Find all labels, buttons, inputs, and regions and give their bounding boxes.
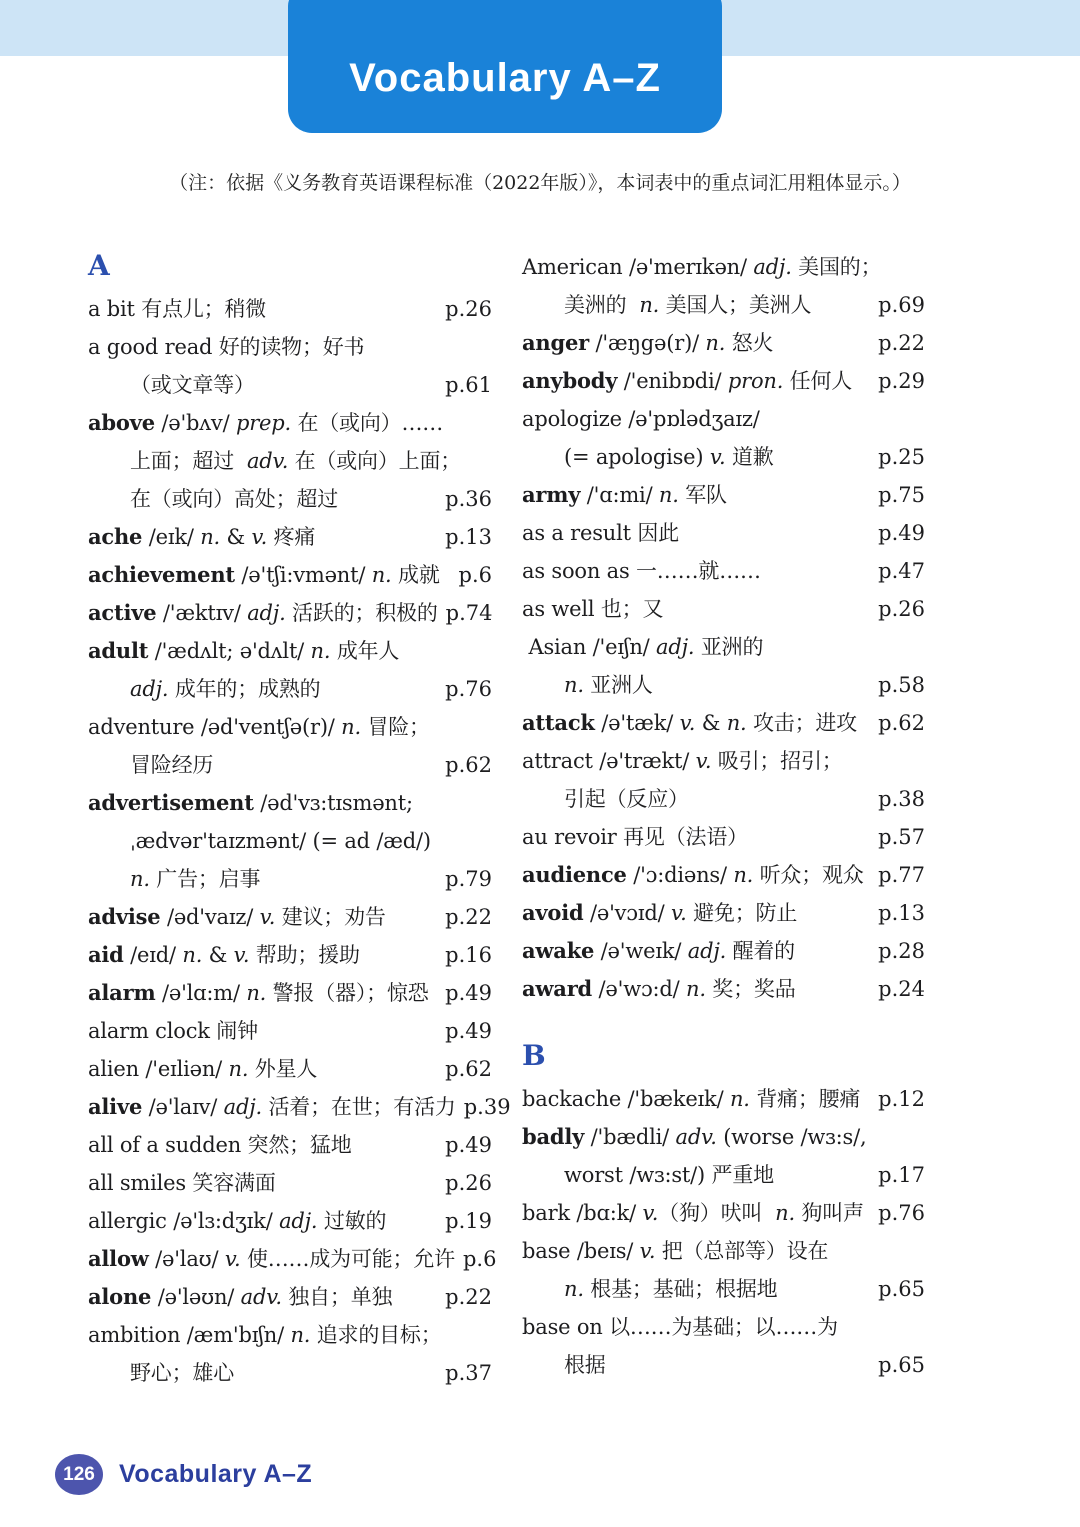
page-ref: p.26 [878,590,925,628]
vocab-line: army /'ɑ:mi/ n. 军队p.75 [522,476,925,514]
page-title: Vocabulary A–Z [288,56,722,101]
vocab-text: American /ə'merɪkən/ adj. 美国的； [522,248,881,286]
vocab-line: audience /'ɔ:diəns/ n. 听众；观众p.77 [522,856,925,894]
vocab-line: n. 广告；启事p.79 [88,860,492,898]
vocab-text: as soon as 一……就…… [522,552,761,590]
vocab-line: advertisement /əd'vɜ:tɪsmənt; [88,784,492,822]
page-ref: p.17 [878,1156,925,1194]
vocab-text: award /ə'wɔ:d/ n. 奖；奖品 [522,970,796,1008]
vocab-text: 美洲的 n. 美国人；美洲人 [564,286,811,324]
vocab-text: all of a sudden 突然；猛地 [88,1126,352,1164]
vocab-text: Asian /'eɪʃn/ adj. 亚洲的 [522,628,763,666]
vocab-text: attack /ə'tæk/ v. & n. 攻击；进攻 [522,704,857,742]
vocab-text: 野心；雄心 [130,1354,234,1392]
page-ref: p.58 [878,666,925,704]
section-heading: A [88,248,492,284]
vocab-line: award /ə'wɔ:d/ n. 奖；奖品p.24 [522,970,925,1008]
vocab-line: alarm /ə'lɑ:m/ n. 警报（器）；惊恐p.49 [88,974,492,1012]
vocab-line: avoid /ə'vɔɪd/ v. 避免；防止p.13 [522,894,925,932]
vocab-text: n. 亚洲人 [564,666,653,704]
page-ref: p.12 [878,1080,925,1118]
page-ref: p.79 [445,860,492,898]
page-ref: p.26 [445,1164,492,1202]
vocab-line: 引起（反应）p.38 [522,780,925,818]
page-ref: p.19 [445,1202,492,1240]
page-ref: p.69 [878,286,925,324]
page-ref: p.49 [445,1126,492,1164]
vocab-line: anger /'æŋgə(r)/ n. 怒火p.22 [522,324,925,362]
vocab-line: 冒险经历p.62 [88,746,492,784]
vocab-line: a bit 有点儿；稍微p.26 [88,290,492,328]
vocab-text: (= apologise) v. 道歉 [564,438,774,476]
vocab-line: base /beɪs/ v. 把（总部等）设在 [522,1232,925,1270]
vocab-text: audience /'ɔ:diəns/ n. 听众；观众 [522,856,864,894]
vocab-text: worst /wɜ:st/) 严重地 [564,1156,774,1194]
vocab-line: as a result 因此p.49 [522,514,925,552]
page-ref: p.22 [878,324,925,362]
page-ref: p.29 [878,362,925,400]
vocab-line: all smiles 笑容满面p.26 [88,1164,492,1202]
vocab-text: anybody /'enibɒdi/ pron. 任何人 [522,362,852,400]
vocab-text: ˌædvər'taɪzmənt/ (= ad /æd/) [130,822,431,860]
vocab-line: (= apologise) v. 道歉p.25 [522,438,925,476]
vocab-text: as a result 因此 [522,514,679,552]
vocab-line: as soon as 一……就……p.47 [522,552,925,590]
vocab-text: awake /ə'weɪk/ adj. 醒着的 [522,932,795,970]
vocab-text: 上面；超过 adv. 在（或向）上面； [130,442,461,480]
textbook-page: Vocabulary A–Z （注：依据《义务教育英语课程标准（2022年版）》… [0,0,1080,1527]
vocab-text: anger /'æŋgə(r)/ n. 怒火 [522,324,773,362]
page-number-badge: 126 [55,1454,103,1495]
vocab-text: bark /bɑ:k/ v.（狗）吠叫 n. 狗叫声 [522,1194,864,1232]
vocab-text: base on 以……为基础；以……为 [522,1308,838,1346]
vocab-text: （或文章等） [130,366,255,404]
page-ref: p.38 [878,780,925,818]
vocab-line: ache /eɪk/ n. & v. 疼痛p.13 [88,518,492,556]
page-ref: p.6 [459,556,492,594]
vocab-text: a bit 有点儿；稍微 [88,290,266,328]
vocab-line: as well 也；又p.26 [522,590,925,628]
vocab-column-right: American /ə'merɪkən/ adj. 美国的；美洲的 n. 美国人… [522,248,925,1384]
page-ref: p.25 [878,438,925,476]
vocab-line: 根据p.65 [522,1346,925,1384]
vocab-line: bark /bɑ:k/ v.（狗）吠叫 n. 狗叫声p.76 [522,1194,925,1232]
vocab-line: anybody /'enibɒdi/ pron. 任何人p.29 [522,362,925,400]
vocab-text: avoid /ə'vɔɪd/ v. 避免；防止 [522,894,797,932]
page-ref: p.62 [878,704,925,742]
vocab-line: alien /'eɪliən/ n. 外星人p.62 [88,1050,492,1088]
vocab-text: aid /eɪd/ n. & v. 帮助；援助 [88,936,360,974]
vocab-line: Asian /'eɪʃn/ adj. 亚洲的 [522,628,925,666]
vocab-text: backache /'bækeɪk/ n. 背痛；腰痛 [522,1080,860,1118]
vocab-text: active /'æktɪv/ adj. 活跃的；积极的 [88,594,438,632]
vocab-text: apologize /ə'pɒlədʒaɪz/ [522,400,760,438]
page-ref: p.76 [445,670,492,708]
vocab-text: badly /'bædli/ adv. (worse /wɜ:s/, [522,1118,866,1156]
page-ref: p.76 [878,1194,925,1232]
vocab-line: n. 根基；基础；根据地p.65 [522,1270,925,1308]
vocab-text: above /ə'bʌv/ prep. 在（或向）…… [88,404,443,442]
vocab-line: alone /ə'ləʊn/ adv. 独自；单独p.22 [88,1278,492,1316]
vocab-line: allergic /ə'lɜ:dʒɪk/ adj. 过敏的p.19 [88,1202,492,1240]
vocab-line: aid /eɪd/ n. & v. 帮助；援助p.16 [88,936,492,974]
page-ref: p.28 [878,932,925,970]
vocab-line: above /ə'bʌv/ prep. 在（或向）…… [88,404,492,442]
vocab-line: worst /wɜ:st/) 严重地p.17 [522,1156,925,1194]
vocab-line: advise /əd'vaɪz/ v. 建议；劝告p.22 [88,898,492,936]
page-ref: p.22 [445,898,492,936]
page-ref: p.47 [878,552,925,590]
page-ref: p.22 [445,1278,492,1316]
vocab-text: alive /ə'laɪv/ adj. 活着；在世；有活力 [88,1088,456,1126]
vocab-text: ache /eɪk/ n. & v. 疼痛 [88,518,315,556]
vocab-line: apologize /ə'pɒlədʒaɪz/ [522,400,925,438]
vocab-line: au revoir 再见（法语）p.57 [522,818,925,856]
vocab-text: adj. 成年的；成熟的 [130,670,320,708]
vocab-text: all smiles 笑容满面 [88,1164,276,1202]
vocab-text: a good read 好的读物；好书 [88,328,364,366]
vocab-text: 引起（反应） [564,780,689,818]
page-ref: p.26 [445,290,492,328]
vocab-text: base /beɪs/ v. 把（总部等）设在 [522,1232,828,1270]
vocab-line: adult /'ædʌlt; ə'dʌlt/ n. 成年人 [88,632,492,670]
vocab-line: 在（或向）高处；超过p.36 [88,480,492,518]
footer: 126 Vocabulary A–Z [55,1454,312,1495]
page-ref: p.49 [445,1012,492,1050]
vocab-text: army /'ɑ:mi/ n. 军队 [522,476,727,514]
vocab-text: adventure /əd'ventʃə(r)/ n. 冒险； [88,708,430,746]
vocab-line: 野心；雄心p.37 [88,1354,492,1392]
page-ref: p.37 [445,1354,492,1392]
vocab-text: alarm clock 闹钟 [88,1012,258,1050]
vocab-line: badly /'bædli/ adv. (worse /wɜ:s/, [522,1118,925,1156]
page-ref: p.65 [878,1346,925,1384]
header-banner: Vocabulary A–Z [288,0,722,133]
page-ref: p.13 [878,894,925,932]
page-ref: p.39 [464,1088,511,1126]
vocab-line: n. 亚洲人p.58 [522,666,925,704]
page-ref: p.62 [445,746,492,784]
page-ref: p.6 [463,1240,496,1278]
vocab-text: allergic /ə'lɜ:dʒɪk/ adj. 过敏的 [88,1202,386,1240]
vocab-text: 冒险经历 [130,746,213,784]
vocab-line: all of a sudden 突然；猛地p.49 [88,1126,492,1164]
vocab-line: 上面；超过 adv. 在（或向）上面； [88,442,492,480]
vocab-line: a good read 好的读物；好书 [88,328,492,366]
vocab-line: alive /ə'laɪv/ adj. 活着；在世；有活力p.39 [88,1088,492,1126]
vocab-text: n. 广告；启事 [130,860,260,898]
page-ref: p.13 [445,518,492,556]
page-ref: p.62 [445,1050,492,1088]
vocab-line: （或文章等）p.61 [88,366,492,404]
vocab-line: attract /ə'trækt/ v. 吸引；招引； [522,742,925,780]
vocab-line: achievement /ə'tʃi:vmənt/ n. 成就p.6 [88,556,492,594]
page-ref: p.74 [446,594,493,632]
page-ref: p.75 [878,476,925,514]
vocab-text: alone /ə'ləʊn/ adv. 独自；单独 [88,1278,392,1316]
vocab-text: au revoir 再见（法语） [522,818,748,856]
vocab-line: adventure /əd'ventʃə(r)/ n. 冒险； [88,708,492,746]
vocab-text: 在（或向）高处；超过 [130,480,338,518]
page-ref: p.77 [878,856,925,894]
vocab-text: allow /ə'laʊ/ v. 使……成为可能；允许 [88,1240,455,1278]
vocab-line: ˌædvər'taɪzmənt/ (= ad /æd/) [88,822,492,860]
page-ref: p.16 [445,936,492,974]
page-ref: p.57 [878,818,925,856]
vocab-text: as well 也；又 [522,590,663,628]
vocab-text: adult /'ædʌlt; ə'dʌlt/ n. 成年人 [88,632,399,670]
vocab-text: ambition /æm'bɪʃn/ n. 追求的目标； [88,1316,442,1354]
vocab-line: awake /ə'weɪk/ adj. 醒着的p.28 [522,932,925,970]
vocab-line: backache /'bækeɪk/ n. 背痛；腰痛p.12 [522,1080,925,1118]
vocab-line: ambition /æm'bɪʃn/ n. 追求的目标； [88,1316,492,1354]
section-heading: B [522,1038,925,1074]
vocab-text: 根据 [564,1346,606,1384]
vocab-text: advertisement /əd'vɜ:tɪsmənt; [88,784,413,822]
page-ref: p.61 [445,366,492,404]
vocab-line: base on 以……为基础；以……为 [522,1308,925,1346]
page-ref: p.65 [878,1270,925,1308]
vocab-line: active /'æktɪv/ adj. 活跃的；积极的p.74 [88,594,492,632]
footer-title: Vocabulary A–Z [119,1460,312,1489]
page-ref: p.36 [445,480,492,518]
page-ref: p.49 [445,974,492,1012]
vocab-line: adj. 成年的；成熟的p.76 [88,670,492,708]
vocab-text: advise /əd'vaɪz/ v. 建议；劝告 [88,898,386,936]
vocab-text: alien /'eɪliən/ n. 外星人 [88,1050,317,1088]
vocab-text: alarm /ə'lɑ:m/ n. 警报（器）；惊恐 [88,974,429,1012]
vocab-line: 美洲的 n. 美国人；美洲人p.69 [522,286,925,324]
page-ref: p.49 [878,514,925,552]
vocab-line: allow /ə'laʊ/ v. 使……成为可能；允许p.6 [88,1240,492,1278]
note-line: （注：依据《义务教育英语课程标准（2022年版）》，本词表中的重点词汇用粗体显示… [0,168,1080,195]
vocab-text: achievement /ə'tʃi:vmənt/ n. 成就 [88,556,440,594]
vocab-line: attack /ə'tæk/ v. & n. 攻击；进攻p.62 [522,704,925,742]
vocab-column-left: Aa bit 有点儿；稍微p.26a good read 好的读物；好书（或文章… [88,248,492,1392]
page-ref: p.24 [878,970,925,1008]
vocab-line: American /ə'merɪkən/ adj. 美国的； [522,248,925,286]
vocab-text: n. 根基；基础；根据地 [564,1270,778,1308]
vocab-line: alarm clock 闹钟p.49 [88,1012,492,1050]
vocab-text: attract /ə'trækt/ v. 吸引；招引； [522,742,843,780]
